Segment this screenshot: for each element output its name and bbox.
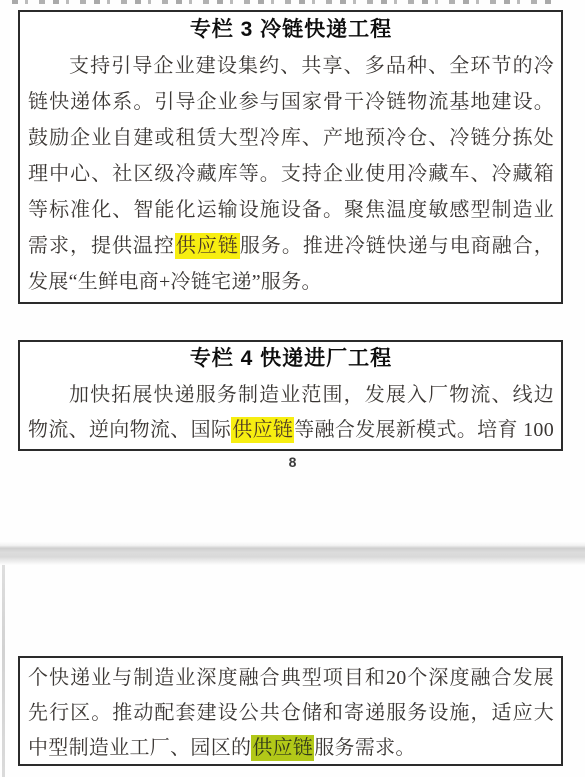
feature-box-body: 个快递业与制造业深度融合典型项目和20个深度融合发展先行区。推动配套建设公共仓储… [28,661,554,766]
text-run: 等标准化、智能化运输设施设备。聚焦温度敏感型制造业 [28,199,554,221]
text-run: 服务需求。 [314,737,416,759]
text-run: 需求，提供温控 [28,235,175,257]
feature-box-body: 支持引导企业建设集约、共享、多品种、全环节的冷链快递体系。引导企业参与国家骨干冷… [28,48,554,300]
feature-box-column-3: 专栏 3 冷链快递工程 支持引导企业建设集约、共享、多品种、全环节的冷链快递体系… [18,10,563,304]
text-run: 发展“生鲜电商+冷链宅递”服务。 [28,271,322,293]
text-line: 发展“生鲜电商+冷链宅递”服务。 [28,264,554,300]
text-run: 支持引导企业建设集约、共享、多品种、全环节的冷 [69,55,554,77]
text-run: 先行区。推动配套建设公共仓储和寄递服务设施，适应大 [28,702,554,724]
text-run: 个快递业与制造业深度融合典型项目和20个深度融合发展 [28,667,554,689]
text-line: 支持引导企业建设集约、共享、多品种、全环节的冷 [28,48,554,84]
text-line: 等标准化、智能化运输设施设备。聚焦温度敏感型制造业 [28,192,554,228]
text-line: 中型制造业工厂、园区的供应链服务需求。 [28,731,554,766]
text-run: 等融合发展新模式。培育 100 [294,419,554,441]
page-number: 8 [0,453,585,471]
text-run: 服务。推进冷链快递与电商融合， [240,235,554,257]
highlighted-term: 供应链 [231,417,294,443]
text-line: 加快拓展快递服务制造业范围，发展入厂物流、线边 [28,378,554,413]
feature-box-body: 加快拓展快递服务制造业范围，发展入厂物流、线边物流、逆向物流、国际供应链等融合发… [28,378,554,448]
text-run: 中型制造业工厂、园区的 [28,737,251,759]
text-line: 个快递业与制造业深度融合典型项目和20个深度融合发展 [28,661,554,696]
text-run: 鼓励企业自建或租赁大型冷库、产地预冷仓、冷链分拣处 [28,127,554,149]
text-run: 链快递体系。引导企业参与国家骨干冷链物流基地建设。 [28,91,554,113]
text-line: 链快递体系。引导企业参与国家骨干冷链物流基地建设。 [28,84,554,120]
page-edge-shadow [2,565,5,777]
text-line: 需求，提供温控供应链服务。推进冷链快递与电商融合， [28,228,554,264]
feature-box-title: 专栏 3 冷链快递工程 [28,14,554,46]
feature-box-title: 专栏 4 快递进厂工程 [28,344,554,374]
text-line: 鼓励企业自建或租赁大型冷库、产地预冷仓、冷链分拣处 [28,120,554,156]
page-break-divider [0,541,585,565]
clipped-text-line [12,0,557,4]
text-line: 先行区。推动配套建设公共仓储和寄递服务设施，适应大 [28,696,554,731]
text-line: 理中心、社区级冷藏库等。支持企业使用冷藏车、冷藏箱 [28,156,554,192]
highlighted-term: 供应链 [175,233,240,259]
text-run: 物流、逆向物流、国际 [28,419,231,441]
text-run: 理中心、社区级冷藏库等。支持企业使用冷藏车、冷藏箱 [28,163,554,185]
pdf-document-view: 专栏 3 冷链快递工程 支持引导企业建设集约、共享、多品种、全环节的冷链快递体系… [0,0,585,777]
feature-box-column-4: 专栏 4 快递进厂工程 加快拓展快递服务制造业范围，发展入厂物流、线边物流、逆向… [18,340,563,451]
text-run: 加快拓展快递服务制造业范围，发展入厂物流、线边 [69,384,554,406]
highlighted-term: 供应链 [251,735,314,761]
text-line: 物流、逆向物流、国际供应链等融合发展新模式。培育 100 [28,413,554,448]
feature-box-continued: 个快递业与制造业深度融合典型项目和20个深度融合发展先行区。推动配套建设公共仓储… [18,656,563,766]
